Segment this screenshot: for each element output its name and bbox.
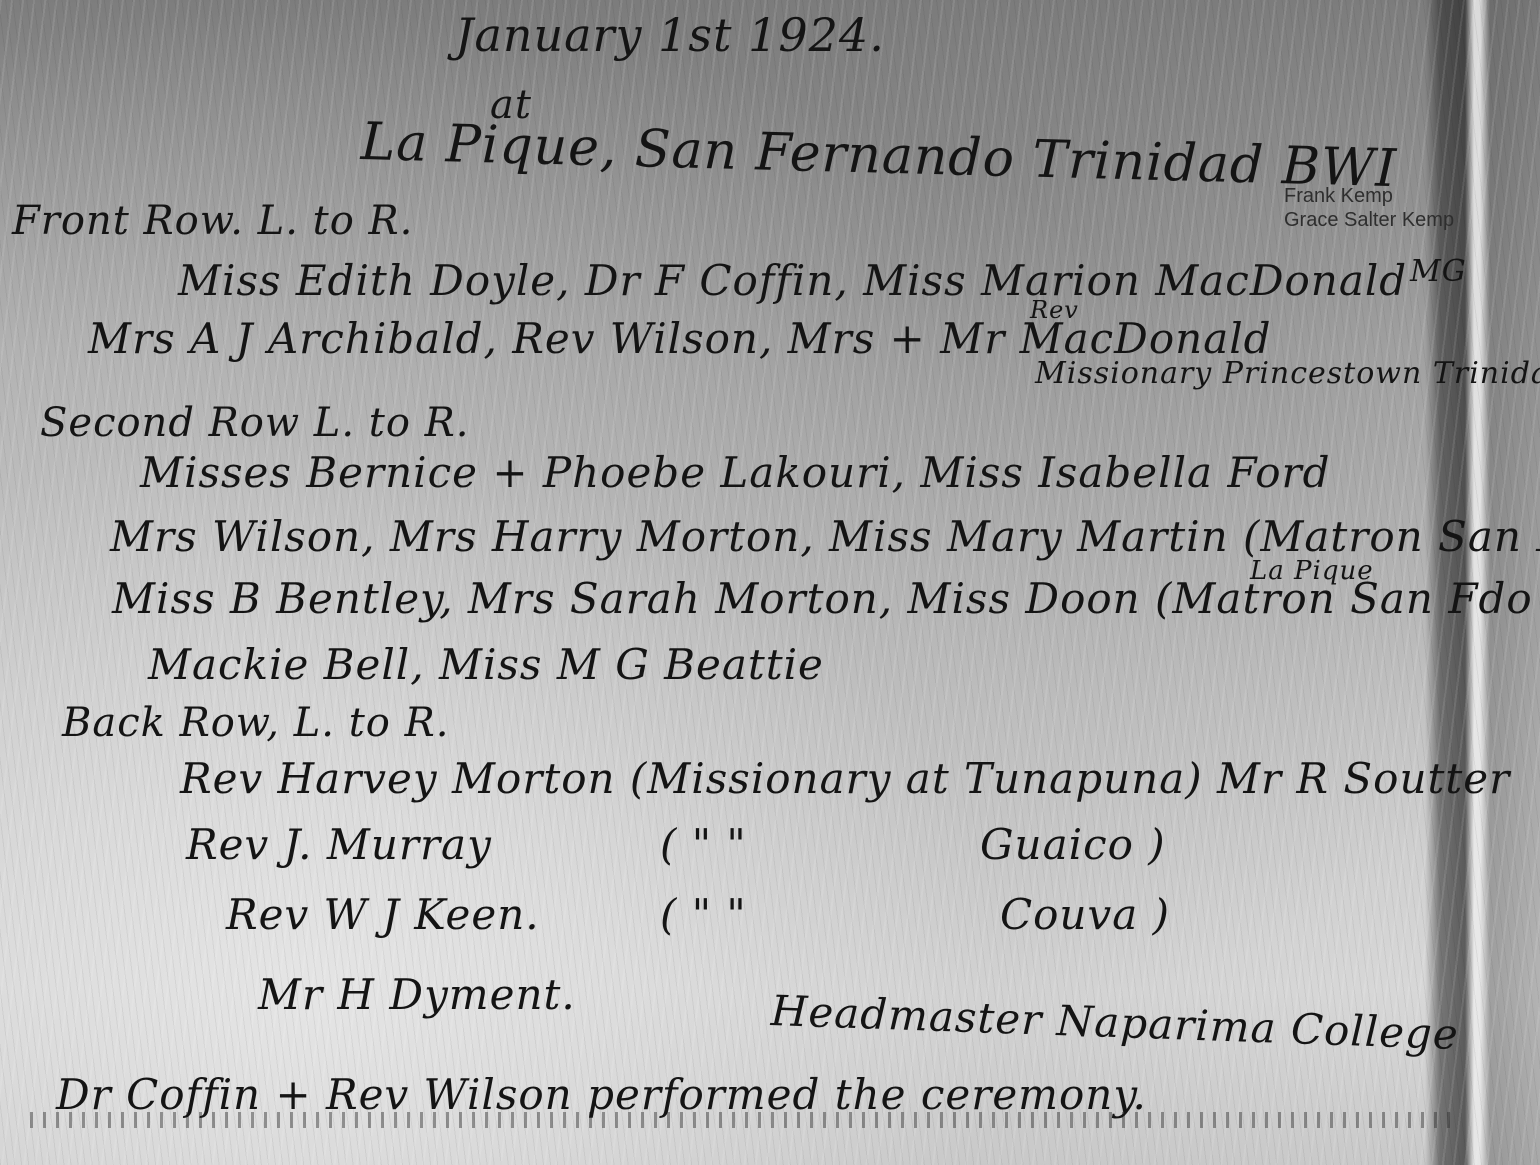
murray-place: Guaico )	[980, 820, 1166, 869]
second-row-line-2: Mrs Wilson, Mrs Harry Morton, Miss Mary …	[110, 512, 1540, 561]
front-row-line-1: Miss Edith Doyle, Dr F Coffin, Miss Mari…	[178, 256, 1407, 305]
second-row-line-1: Misses Bernice + Phoebe Lakouri, Miss Is…	[140, 448, 1331, 497]
murray-ditto: ( " "	[660, 820, 747, 869]
ceremony-note: Dr Coffin + Rev Wilson performed the cer…	[56, 1070, 1147, 1119]
keen-ditto: ( " "	[660, 890, 747, 939]
typed-caption: Frank Kemp Grace Salter Kemp	[1284, 184, 1454, 232]
caption-name-1: Frank Kemp	[1284, 184, 1454, 208]
annotation-mg: MG	[1410, 254, 1467, 289]
caption-name-2: Grace Salter Kemp	[1284, 208, 1454, 232]
keen-name: Rev W J Keen.	[226, 890, 540, 939]
document-date: January 1st 1924.	[455, 8, 885, 62]
second-row-heading: Second Row L. to R.	[40, 400, 470, 446]
keen-place: Couva )	[1000, 890, 1170, 939]
dyment-name: Mr H Dyment.	[258, 970, 576, 1019]
front-row-heading: Front Row. L. to R.	[12, 198, 413, 244]
second-row-line-4: Mackie Bell, Miss M G Beattie	[148, 640, 824, 689]
back-row-heading: Back Row, L. to R.	[62, 700, 449, 746]
murray-name: Rev J. Murray	[186, 820, 492, 869]
second-row-line-3: Miss B Bentley, Mrs Sarah Morton, Miss D…	[112, 574, 1540, 623]
back-row-line-1: Rev Harvey Morton (Missionary at Tunapun…	[180, 754, 1510, 803]
front-row-note: Missionary Princestown Trinidad	[1035, 356, 1540, 391]
